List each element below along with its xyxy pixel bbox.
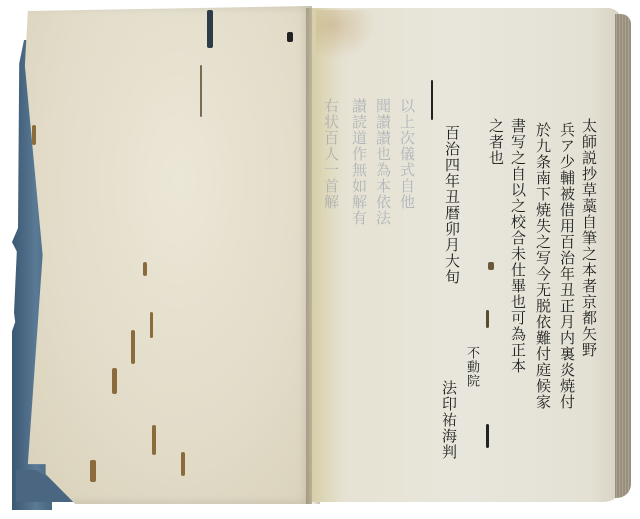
ink-mark (486, 424, 489, 448)
text-column-1: 太師説抄草藁自筆之本者京都矢野 (580, 118, 598, 478)
wormhole (200, 65, 202, 117)
wormhole (112, 368, 117, 394)
signature-place: 不動院 (462, 346, 480, 406)
bleed-through-column: 讃読道作無如解有 (350, 98, 368, 478)
ink-mark (486, 310, 489, 328)
wormhole (152, 425, 156, 455)
bleed-through-column: 以上次儀式自他 (398, 98, 416, 478)
wormhole (150, 312, 153, 338)
wormhole (143, 262, 147, 276)
date-column: 百治四年丑暦卯月大旬 (443, 125, 461, 335)
bleed-through-column: 聞讃讃也為本依法 (374, 98, 392, 478)
signature-name: 法印祐海判 (440, 380, 458, 480)
text-column-4: 書写之自以之校合未仕畢也可為正本 (509, 118, 527, 478)
water-stain (316, 10, 376, 60)
wormhole (181, 452, 185, 476)
text-column-5: 之者也 (487, 118, 505, 208)
text-column-2: 兵ア少輔被借用百治年丑正月内裏炎焼付 (558, 122, 576, 482)
wormhole (287, 32, 293, 42)
page-block-edges (615, 14, 631, 498)
wormhole (207, 10, 213, 48)
bleed-through-column: 右状百人一首解 (322, 98, 340, 478)
ink-mark (488, 262, 494, 270)
left-page (16, 6, 312, 504)
ink-mark (431, 80, 433, 120)
wormhole (131, 330, 135, 364)
wormhole (32, 125, 36, 145)
text-column-3: 於九条南下焼失之写今无脱依難付庭候家 (534, 122, 552, 482)
wormhole (90, 460, 96, 482)
manuscript-spread: 以上次儀式自他 聞讃讃也為本依法 讃読道作無如解有 右状百人一首解 太師説抄草藁… (0, 0, 640, 519)
